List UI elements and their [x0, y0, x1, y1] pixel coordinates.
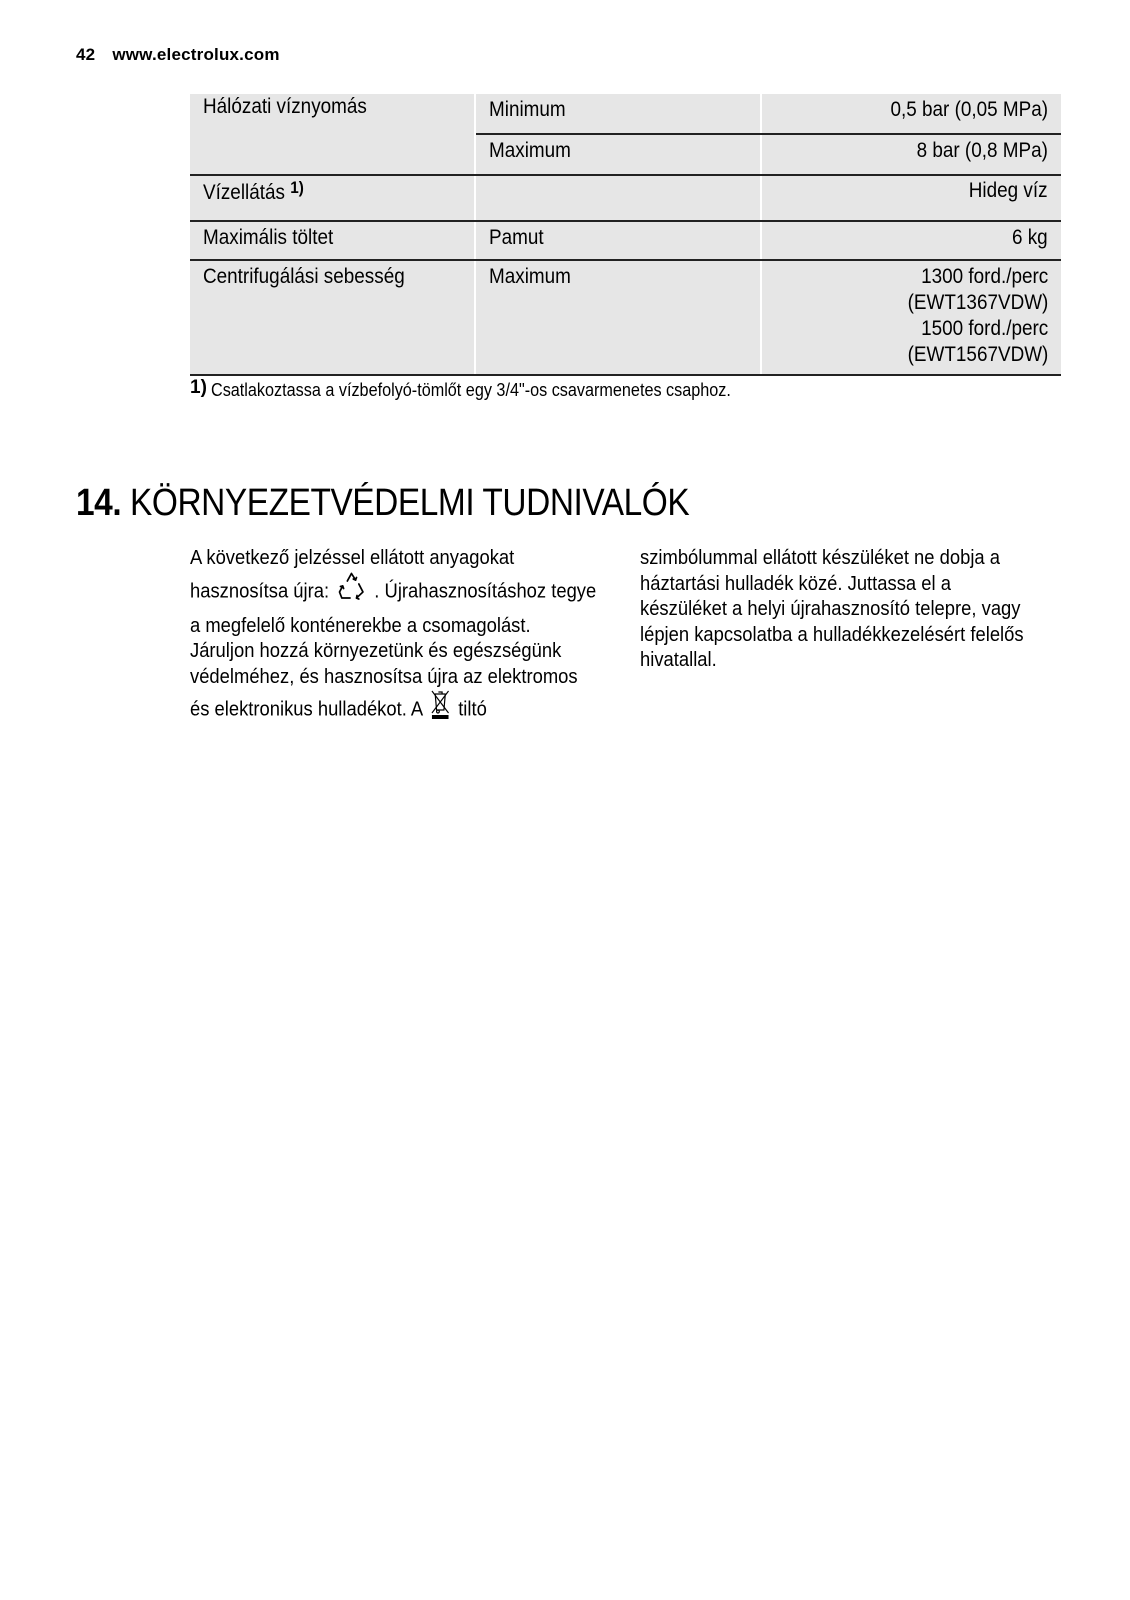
- spec-value: Hideg víz: [761, 175, 1061, 221]
- spec-label: Hálózati víznyomás: [190, 94, 475, 175]
- website-link[interactable]: www.electrolux.com: [112, 45, 279, 65]
- spec-value: 6 kg: [761, 221, 1061, 260]
- section-heading: 14. KÖRNYEZETVÉDELMI TUDNIVALÓK: [76, 482, 689, 525]
- paragraph-line: készüléket a helyi újrahasznosító telepr…: [640, 597, 1072, 623]
- paragraph-line: hasznosítsa újra: . Újrahasznosításhoz t…: [190, 570, 622, 614]
- spec-condition: Maximum: [475, 260, 761, 375]
- table-footnote: 1)Csatlakoztassa a vízbefolyó-tömlőt egy…: [190, 377, 789, 401]
- spec-label: Vízellátás 1): [190, 175, 475, 221]
- spec-condition: Pamut: [475, 221, 761, 260]
- footnote-text: Csatlakoztassa a vízbefolyó-tömlőt egy 3…: [211, 380, 731, 401]
- paragraph-line: háztartási hulladék közé. Juttassa el a: [640, 572, 1072, 598]
- page-number: 42: [76, 45, 95, 65]
- paragraph-line: a megfelelő konténerekbe a csomagolást.: [190, 614, 622, 640]
- spec-label: Maximális töltet: [190, 221, 475, 260]
- spec-condition: Maximum: [475, 134, 761, 175]
- footnote-mark: 1): [190, 377, 207, 398]
- crossed-out-wheelie-bin-icon: [429, 687, 451, 733]
- technical-spec-table: Hálózati víznyomás Minimum 0,5 bar (0,05…: [190, 94, 1061, 376]
- section-title: KÖRNYEZETVÉDELMI TUDNIVALÓK: [130, 482, 689, 524]
- paragraph-line: Járuljon hozzá környezetünk és egészségü…: [190, 639, 622, 665]
- spec-condition: Minimum: [475, 94, 761, 134]
- paragraph-line: és elektronikus hulladékot. A tiltó: [190, 687, 622, 733]
- spec-value: 8 bar (0,8 MPa): [761, 134, 1061, 175]
- page-header: 42 www.electrolux.com: [76, 45, 280, 65]
- spec-value: 1300 ford./perc (EWT1367VDW) 1500 ford./…: [761, 260, 1061, 375]
- footnote-ref: 1): [290, 178, 304, 197]
- spec-condition: [475, 175, 761, 221]
- table-row: Vízellátás 1) Hideg víz: [190, 175, 1061, 221]
- table-row: Centrifugálási sebesség Maximum 1300 for…: [190, 260, 1061, 375]
- spec-value: 0,5 bar (0,05 MPa): [761, 94, 1061, 134]
- table-row: Hálózati víznyomás Minimum 0,5 bar (0,05…: [190, 94, 1061, 134]
- paragraph-line: lépjen kapcsolatba a hulladékkezelésért …: [640, 623, 1072, 649]
- spec-label: Centrifugálási sebesség: [190, 260, 475, 375]
- section-number: 14.: [76, 482, 121, 524]
- paragraph-line: szimbólummal ellátott készüléket ne dobj…: [640, 546, 1072, 572]
- body-left-column: A következő jelzéssel ellátott anyagokat…: [190, 546, 620, 733]
- paragraph-line: A következő jelzéssel ellátott anyagokat: [190, 546, 622, 572]
- body-right-column: szimbólummal ellátott készüléket ne dobj…: [640, 546, 1070, 674]
- recycle-icon: [336, 570, 367, 614]
- paragraph-line: hivatallal.: [640, 648, 1072, 674]
- table-row: Maximális töltet Pamut 6 kg: [190, 221, 1061, 260]
